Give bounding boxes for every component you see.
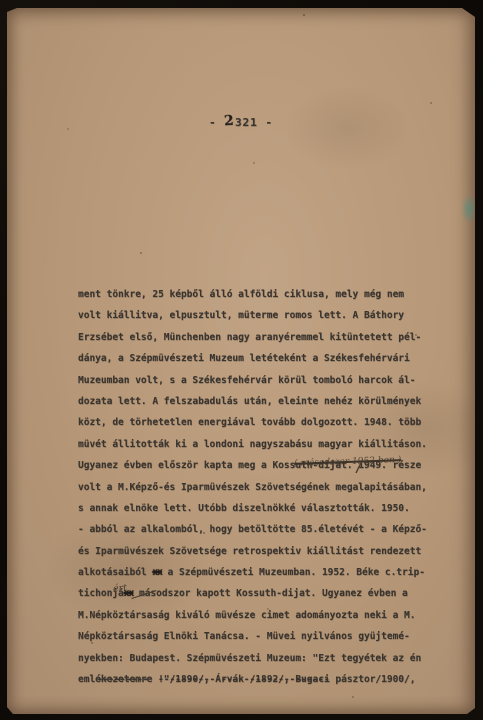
text-segment: a Szépmüvészeti Muzeumban. 1952. Béke c.… xyxy=(162,567,425,578)
page-number-rest: 321 - xyxy=(235,116,273,129)
text-line: közt, de törhetetlen energiával tovább d… xyxy=(78,417,430,438)
dashed-underline-budapest: --------- xyxy=(97,674,148,685)
page-number: - 2321 - xyxy=(7,114,475,130)
paper-page: - 2321 - ment tönkre, 25 képből álló alf… xyxy=(7,8,475,714)
text-line: és Iparmüvészek Szövetsége retrospektiv … xyxy=(78,546,430,567)
text-segment: alkotásaiból xyxy=(78,567,152,578)
text-line: nyekben: Budapest. Szépmüvészeti Muzeum:… xyxy=(78,653,430,674)
text-line: ment tönkre, 25 képből álló alföldi cikl… xyxy=(78,289,430,310)
text-line: Muzeumban volt, s a Székesfehérvár körül… xyxy=(78,375,430,396)
struck-out-characters: xx xyxy=(152,567,161,578)
text-line: dánya, a Szépmüvészeti Muzeum letéteként… xyxy=(78,353,430,374)
text-line: Erzsébet első, Münchenben nagy aranyérem… xyxy=(78,332,430,353)
typewritten-text-block: ment tönkre, 25 képből álló alföldi cikl… xyxy=(78,289,430,695)
teal-ink-smudge xyxy=(461,194,477,224)
text-line: - abból az alkalomból, hogy betöltötte 8… xyxy=(78,524,430,545)
text-line: volt a M.Képző-és Iparmüvészek Szövetség… xyxy=(78,482,430,503)
text-line-with-strikeout: alkotásaiból xx a Szépmüvészeti Muzeumba… xyxy=(78,567,430,588)
text-line: M.Népköztársaság kiváló müvésze cimet ad… xyxy=(78,610,430,631)
handwritten-insert-word: ért xyxy=(113,583,128,595)
text-line: Népköztársaság Elnöki Tanácsa. - Müvei n… xyxy=(78,631,430,652)
text-line: dozata lett. A felszabadulás után, elein… xyxy=(78,396,430,417)
text-line: volt kiállitva, elpusztult, müterme romo… xyxy=(78,310,430,331)
dashed-underline-museum: ------------------------------ xyxy=(158,674,330,685)
photo-background: - 2321 - ment tönkre, 25 képből álló alf… xyxy=(0,0,483,720)
paper-speckles xyxy=(7,8,9,10)
page-number-prefix: - xyxy=(209,116,224,129)
typed-dashed-underlines: --------- ------------------------------ xyxy=(7,674,475,686)
page-number-handwritten-digit: 2 xyxy=(224,113,236,130)
text-line: s annak elnöke lett. Utóbb diszelnökké v… xyxy=(78,503,430,524)
text-segment: másodszor kapott Kossuth-dijat. Ugyanez … xyxy=(133,588,408,599)
